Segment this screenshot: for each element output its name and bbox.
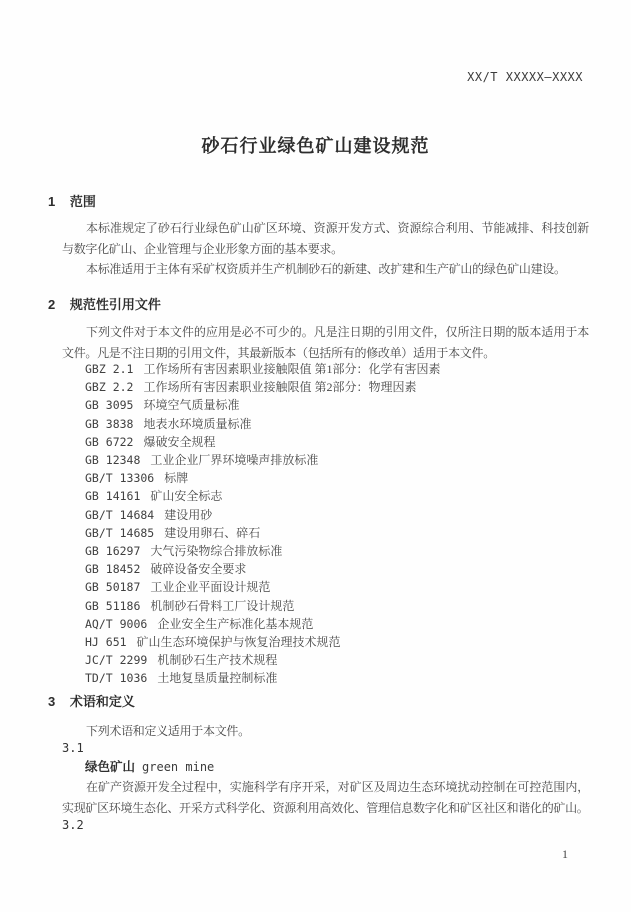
reference-item: AQ/T 9006企业安全生产标准化基本规范 bbox=[85, 615, 440, 633]
section-1-heading: 1 范围 bbox=[48, 194, 96, 209]
reference-item: GBZ 2.2工作场所有害因素职业接触限值 第2部分：物理因素 bbox=[85, 378, 440, 396]
reference-title: 土地复垦质量控制标准 bbox=[157, 671, 277, 685]
reference-title: 爆破安全规程 bbox=[143, 435, 215, 449]
term-entry: 绿色矿山green mine bbox=[85, 757, 214, 776]
reference-code: GB 18452 bbox=[85, 562, 140, 576]
reference-code: GBZ 2.2 bbox=[85, 380, 133, 394]
clause-number-3-1: 3.1 bbox=[62, 741, 84, 755]
reference-item: TD/T 1036土地复垦质量控制标准 bbox=[85, 669, 440, 687]
reference-item: GB 6722爆破安全规程 bbox=[85, 433, 440, 451]
reference-title: 工作场所有害因素职业接触限值 第2部分：物理因素 bbox=[143, 380, 416, 394]
section-1-paragraph-1: 本标准规定了砂石行业绿色矿山矿区环境、资源开发方式、资源综合利用、节能减排、科技… bbox=[62, 218, 589, 259]
reference-code: GB 14161 bbox=[85, 489, 140, 503]
reference-code: GB/T 14684 bbox=[85, 508, 154, 522]
section-1-paragraph-2: 本标准适用于主体有采矿权资质并生产机制砂石的新建、改扩建和生产矿山的绿色矿山建设… bbox=[62, 259, 589, 280]
reference-item: GB/T 14685建设用卵石、碎石 bbox=[85, 524, 440, 542]
reference-title: 标牌 bbox=[164, 471, 188, 485]
reference-code: HJ 651 bbox=[85, 635, 127, 649]
reference-title: 地表水环境质量标准 bbox=[143, 417, 251, 431]
reference-item: GB 12348工业企业厂界环境噪声排放标准 bbox=[85, 451, 440, 469]
reference-code: GB 50187 bbox=[85, 580, 140, 594]
reference-code: GB 3838 bbox=[85, 417, 133, 431]
standard-code: XX/T XXXXX—XXXX bbox=[467, 70, 583, 84]
reference-item: GBZ 2.1工作场所有害因素职业接触限值 第1部分：化学有害因素 bbox=[85, 360, 440, 378]
clause-number-3-2: 3.2 bbox=[62, 818, 84, 832]
section-3-number: 3 bbox=[48, 694, 55, 709]
reference-item: JC/T 2299机制砂石生产技术规程 bbox=[85, 651, 440, 669]
reference-code: GBZ 2.1 bbox=[85, 362, 133, 376]
section-3-intro: 下列术语和定义适用于本文件。 bbox=[62, 721, 589, 742]
reference-item: GB 3838地表水环境质量标准 bbox=[85, 415, 440, 433]
section-2-title: 规范性引用文件 bbox=[70, 297, 161, 312]
reference-item: HJ 651矿山生态环境保护与恢复治理技术规范 bbox=[85, 633, 440, 651]
page-number: 1 bbox=[562, 847, 568, 862]
reference-code: GB 51186 bbox=[85, 599, 140, 613]
section-1-title: 范围 bbox=[70, 194, 96, 209]
section-2-heading: 2 规范性引用文件 bbox=[48, 297, 161, 312]
document-title: 砂石行业绿色矿山建设规范 bbox=[0, 132, 631, 158]
reference-item: GB 16297大气污染物综合排放标准 bbox=[85, 542, 440, 560]
reference-item: GB 18452破碎设备安全要求 bbox=[85, 560, 440, 578]
reference-item: GB/T 14684建设用砂 bbox=[85, 506, 440, 524]
reference-title: 破碎设备安全要求 bbox=[150, 562, 246, 576]
reference-code: JC/T 2299 bbox=[85, 653, 147, 667]
reference-code: TD/T 1036 bbox=[85, 671, 147, 685]
reference-code: GB 12348 bbox=[85, 453, 140, 467]
document-page: XX/T XXXXX—XXXX 砂石行业绿色矿山建设规范 1 范围 本标准规定了… bbox=[0, 0, 631, 912]
section-3-heading: 3 术语和定义 bbox=[48, 694, 135, 709]
reference-item: GB 14161矿山安全标志 bbox=[85, 487, 440, 505]
reference-title: 大气污染物综合排放标准 bbox=[150, 544, 282, 558]
references-list: GBZ 2.1工作场所有害因素职业接触限值 第1部分：化学有害因素 GBZ 2.… bbox=[85, 360, 440, 688]
section-2-intro: 下列文件对于本文件的应用是必不可少的。凡是注日期的引用文件，仅所注日期的版本适用… bbox=[62, 322, 589, 363]
reference-title: 建设用砂 bbox=[164, 508, 212, 522]
reference-title: 建设用卵石、碎石 bbox=[164, 526, 260, 540]
reference-item: GB/T 13306标牌 bbox=[85, 469, 440, 487]
reference-title: 机制砂石骨料工厂设计规范 bbox=[150, 599, 294, 613]
reference-code: AQ/T 9006 bbox=[85, 617, 147, 631]
reference-title: 企业安全生产标准化基本规范 bbox=[157, 617, 313, 631]
reference-title: 矿山生态环境保护与恢复治理技术规范 bbox=[137, 635, 341, 649]
reference-title: 工业企业平面设计规范 bbox=[150, 580, 270, 594]
reference-code: GB/T 13306 bbox=[85, 471, 154, 485]
term-english: green mine bbox=[142, 760, 214, 774]
section-1-number: 1 bbox=[48, 194, 55, 209]
reference-title: 环境空气质量标准 bbox=[143, 398, 239, 412]
reference-code: GB 16297 bbox=[85, 544, 140, 558]
term-chinese: 绿色矿山 bbox=[85, 760, 135, 774]
reference-title: 工作场所有害因素职业接触限值 第1部分：化学有害因素 bbox=[143, 362, 440, 376]
section-2-number: 2 bbox=[48, 297, 55, 312]
reference-item: GB 50187工业企业平面设计规范 bbox=[85, 578, 440, 596]
reference-item: GB 51186机制砂石骨料工厂设计规范 bbox=[85, 597, 440, 615]
reference-title: 矿山安全标志 bbox=[150, 489, 222, 503]
reference-title: 工业企业厂界环境噪声排放标准 bbox=[150, 453, 318, 467]
section-3-title: 术语和定义 bbox=[70, 694, 135, 709]
reference-title: 机制砂石生产技术规程 bbox=[157, 653, 277, 667]
reference-code: GB/T 14685 bbox=[85, 526, 154, 540]
term-definition: 在矿产资源开发全过程中，实施科学有序开采，对矿区及周边生态环境扰动控制在可控范围… bbox=[62, 777, 589, 818]
reference-code: GB 3095 bbox=[85, 398, 133, 412]
reference-item: GB 3095环境空气质量标准 bbox=[85, 396, 440, 414]
reference-code: GB 6722 bbox=[85, 435, 133, 449]
